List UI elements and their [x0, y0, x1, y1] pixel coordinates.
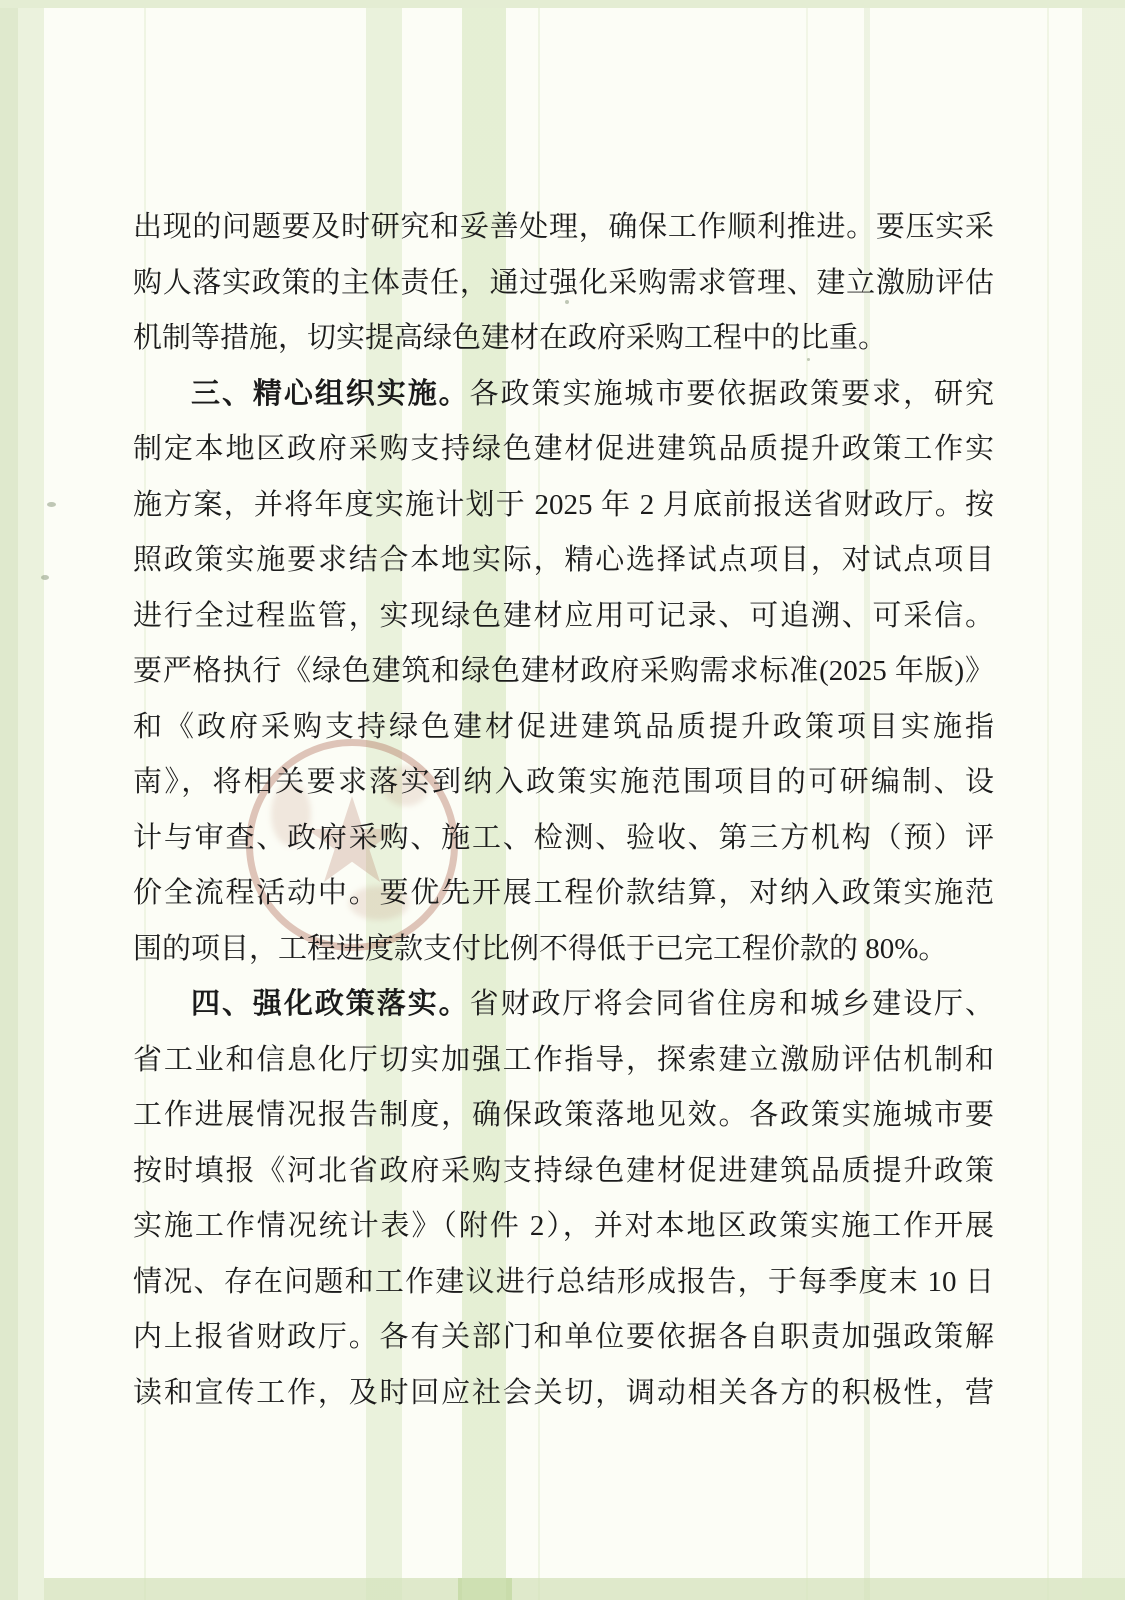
text-line: 购人落实政策的主体责任，通过强化采购需求管理、建立激励评估: [133, 256, 994, 312]
text-line: 四、强化政策落实。省财政厅将会同省住房和城乡建设厅、: [133, 977, 994, 1033]
scanned-document-page: { "page": { "paper_color": "#fcfdf6", "s…: [0, 0, 1125, 1600]
text-line: 制定本地区政府采购支持绿色建材促进建筑品质提升政策工作实: [133, 422, 994, 478]
text-line: 计与审查、政府采购、施工、检测、验收、第三方机构（预）评: [133, 811, 994, 867]
text-line: 围的项目，工程进度款支付比例不得低于已完工程价款的 80%。: [133, 922, 994, 978]
section-heading-3: 三、精心组织实施。: [191, 378, 470, 410]
text-line: 内上报省财政厅。各有关部门和单位要依据各自职责加强政策解: [133, 1310, 994, 1366]
text-line: 实施工作情况统计表》（附件 2），并对本地区政策实施工作开展: [133, 1199, 994, 1255]
scan-speck: [47, 502, 56, 507]
text-run: 各政策实施城市要依据政策要求，研究: [470, 378, 994, 410]
text-run: 省财政厅将会同省住房和城乡建设厅、: [470, 988, 994, 1020]
text-line: 照政策实施要求结合本地实际，精心选择试点项目，对试点项目: [133, 533, 994, 589]
scan-speck: [41, 575, 49, 580]
text-line: 按时填报《河北省政府采购支持绿色建材促进建筑品质提升政策: [133, 1144, 994, 1200]
text-line: 要严格执行《绿色建筑和绿色建材政府采购需求标准(2025 年版)》: [133, 644, 994, 700]
text-line: 省工业和信息化厅切实加强工作指导，探索建立激励评估机制和: [133, 1033, 994, 1089]
text-line: 三、精心组织实施。各政策实施城市要依据政策要求，研究: [133, 367, 994, 423]
section-heading-4: 四、强化政策落实。: [191, 988, 470, 1020]
text-line: 价全流程活动中。要优先开展工程价款结算，对纳入政策实施范: [133, 866, 994, 922]
text-line: 工作进展情况报告制度，确保政策落地见效。各政策实施城市要: [133, 1088, 994, 1144]
text-line: 情况、存在问题和工作建议进行总结形成报告，于每季度末 10 日: [133, 1255, 994, 1311]
text-line: 和《政府采购支持绿色建材促进建筑品质提升政策项目实施指: [133, 700, 994, 756]
text-line: 进行全过程监管，实现绿色建材应用可记录、可追溯、可采信。: [133, 589, 994, 645]
text-line: 出现的问题要及时研究和妥善处理，确保工作顺利推进。要压实采: [133, 200, 994, 256]
text-line: 读和宣传工作，及时回应社会关切，调动相关各方的积极性，营: [133, 1366, 994, 1422]
text-line: 施方案，并将年度实施计划于 2025 年 2 月底前报送省财政厅。按: [133, 478, 994, 534]
text-line: 机制等措施，切实提高绿色建材在政府采购工程中的比重。: [133, 311, 994, 367]
document-body: 出现的问题要及时研究和妥善处理，确保工作顺利推进。要压实采 购人落实政策的主体责…: [133, 200, 994, 1421]
text-line: 南》，将相关要求落实到纳入政策实施范围项目的可研编制、设: [133, 755, 994, 811]
